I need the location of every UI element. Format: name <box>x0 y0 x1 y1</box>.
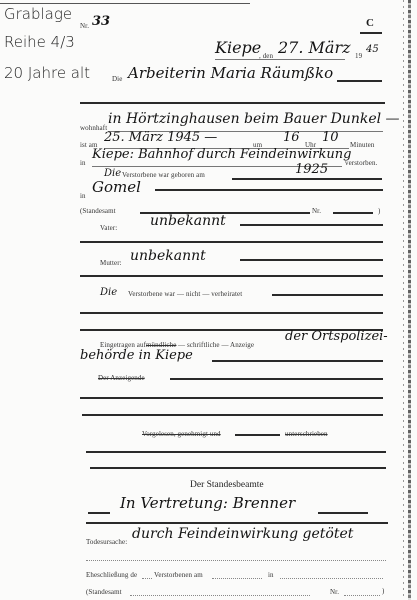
minuten-label: Minuten <box>350 141 374 149</box>
marriage-nr-label: Nr. <box>330 588 339 596</box>
nr-value: 33 <box>92 14 110 29</box>
register-letter-underline <box>360 32 382 34</box>
registrar-signature: In Vertretung: Brenner <box>120 494 295 512</box>
name-line-end <box>337 80 382 82</box>
marriage-in-label: in <box>268 571 274 579</box>
scan-top-edge <box>0 3 250 4</box>
married-prefix: Die <box>100 287 117 298</box>
mother-label: Mutter: <box>100 259 122 267</box>
die-prefix: Die <box>112 75 122 83</box>
death-hour: 16 <box>283 130 300 145</box>
standesamt-close: ) <box>378 207 380 215</box>
signature-rule-1 <box>86 451 386 453</box>
father-line-2 <box>80 241 383 243</box>
standesamt-nr-label: Nr. <box>312 207 321 215</box>
standesamt-label: (Standesamt <box>80 207 116 215</box>
registered-by-line1: der Ortspolizei- <box>285 329 388 344</box>
married-line <box>272 294 383 296</box>
married-label: Verstorbene war — nicht — verheiratet <box>128 290 242 298</box>
scan-right-edge <box>408 0 411 600</box>
marriage-standesamt-line <box>130 595 310 596</box>
marriage-label-2: Verstorbenen am <box>154 571 203 579</box>
registrar-rule <box>86 522 388 524</box>
record-place: Kiepe <box>215 38 261 57</box>
registered-by-line <box>212 360 383 362</box>
reporter-line-3 <box>82 414 383 416</box>
marriage-nr-line <box>344 595 380 596</box>
marriage-place-line <box>280 578 383 579</box>
marriage-standesamt-label: (Standesamt <box>86 588 122 596</box>
margin-note-age: 20 Jahre alt <box>4 64 90 82</box>
registered-by-line2: behörde in Kiepe <box>80 348 193 363</box>
signature-rule-2 <box>90 467 386 469</box>
date-line <box>215 59 345 60</box>
year-prefix: 19 <box>355 52 362 60</box>
cause-line-2 <box>86 560 386 561</box>
birth-place: Gomel <box>92 178 141 196</box>
scan-right-edge-shadow <box>403 0 404 600</box>
record-date: 27. März <box>278 38 351 57</box>
margin-note-row: Reihe 4/3 <box>4 33 75 51</box>
margin-note-grablage: Grablage <box>4 5 72 23</box>
birth-in-label: in <box>80 192 86 200</box>
father-value: unbekannt <box>150 213 226 229</box>
death-place-in-label: in <box>80 159 86 167</box>
residence-value: in Hörtzinghausen beim Bauer Dunkel — <box>108 111 400 127</box>
deceased-name: Arbeiterin Maria Räumßko <box>128 64 333 82</box>
father-line <box>240 224 383 226</box>
mother-line <box>240 259 383 261</box>
death-date: 25. März 1945 — <box>104 130 217 145</box>
register-letter: C <box>366 17 374 29</box>
death-minutes: 10 <box>322 130 339 145</box>
birth-date-line <box>232 178 382 180</box>
registrar-dash-left <box>88 512 110 514</box>
read-approved-label: Vorgelesen, genehmigt und <box>142 430 221 438</box>
mother-value: unbekannt <box>130 248 206 264</box>
registrar-title: Der Standesbeamte <box>190 480 264 490</box>
mother-line-2 <box>80 275 383 277</box>
reporter-line-2 <box>80 397 383 399</box>
standesamt-nr-line <box>333 212 373 214</box>
reporter-label: Der Anzeigende <box>98 374 145 382</box>
birth-place-line <box>155 189 383 191</box>
death-register-page: Grablage Reihe 4/3 20 Jahre alt Nr. 33 C… <box>0 0 417 600</box>
registrar-dash-right <box>318 512 368 514</box>
married-line-2 <box>80 312 383 314</box>
marriage-label: Eheschließung de <box>86 571 137 579</box>
marriage-de-line <box>142 578 152 579</box>
marriage-date-line <box>212 578 262 579</box>
cause-value: durch Feindeinwirkung getötet <box>132 526 353 542</box>
verstorben-label: verstorben. <box>345 159 377 167</box>
nr-label: Nr. <box>80 22 89 30</box>
cause-label: Todesursache: <box>86 538 127 546</box>
reporter-line <box>170 378 383 380</box>
death-place: Kiepe: Bahnhof durch Feindeinwirkung <box>92 147 352 162</box>
father-label: Vater: <box>100 224 117 232</box>
birth-year: 1925 <box>295 162 328 177</box>
year-suffix: 45 <box>366 44 379 55</box>
marriage-close: ) <box>382 587 384 595</box>
signed-label: unterschrieben <box>285 430 328 438</box>
read-approved-line <box>235 434 280 436</box>
section-rule-1 <box>80 102 385 104</box>
